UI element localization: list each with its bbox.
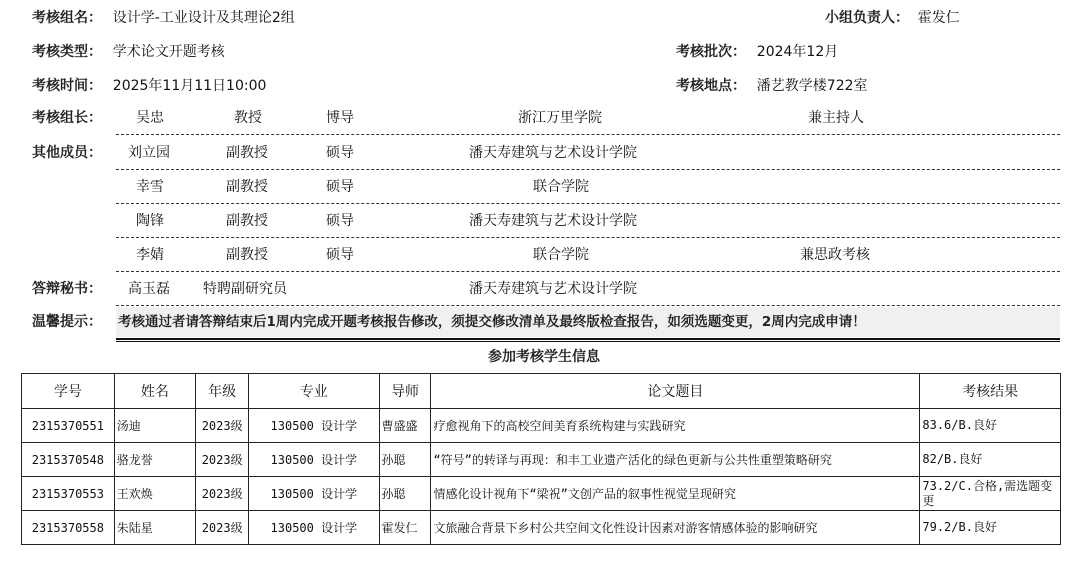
- col-header-result: 考核结果: [920, 374, 1061, 409]
- student-thesis: “符号”的转译与再现：和丰工业遗产活化的绿色更新与公共性重塑策略研究: [431, 443, 920, 477]
- chair-title: 教授: [234, 101, 262, 135]
- col-header-grade: 年级: [196, 374, 249, 409]
- chair-org: 浙江万里学院: [518, 101, 602, 135]
- student-result: 73.2/C.合格,需选题变更: [920, 477, 1061, 511]
- batch-row: 考核批次： 2024年12月: [676, 34, 838, 68]
- batch-label: 考核批次：: [676, 44, 746, 60]
- student-result: 83.6/B.良好: [920, 409, 1061, 443]
- student-name: 朱陆星: [114, 511, 195, 545]
- table-row: 2315370551 汤迪 2023级 130500 设计学 曹盛盛 疗愈视角下…: [22, 409, 1061, 443]
- member-org: 潘天寿建筑与艺术设计学院: [469, 136, 637, 170]
- col-header-advisor: 导师: [379, 374, 431, 409]
- type-value: 学术论文开题考核: [113, 44, 225, 60]
- student-grade: 2023级: [196, 409, 249, 443]
- student-grade: 2023级: [196, 511, 249, 545]
- student-name: 骆龙誉: [114, 443, 195, 477]
- student-advisor: 孙聪: [379, 477, 431, 511]
- member-org: 联合学院: [533, 170, 589, 204]
- students-table: 学号 姓名 年级 专业 导师 论文题目 考核结果 2315370551 汤迪 2…: [21, 373, 1061, 545]
- student-name: 汤迪: [114, 409, 195, 443]
- student-id: 2315370548: [22, 443, 115, 477]
- member-title: 副教授: [226, 204, 268, 238]
- member-title: 副教授: [226, 170, 268, 204]
- col-header-id: 学号: [22, 374, 115, 409]
- double-divider: [116, 338, 1060, 342]
- member-name: 李婧: [136, 238, 164, 272]
- student-name: 王欢焕: [114, 477, 195, 511]
- type-label: 考核类型：: [32, 44, 102, 60]
- time-value: 2025年11月11日10:00: [113, 78, 267, 94]
- member-supervisor: 硕导: [326, 136, 354, 170]
- leader-row: 小组负责人： 霍发仁: [825, 0, 960, 34]
- member-name: 幸雪: [136, 170, 164, 204]
- table-row: 2315370553 王欢焕 2023级 130500 设计学 孙聪 情感化设计…: [22, 477, 1061, 511]
- member-row: 刘立园 副教授 硕导 潘天寿建筑与艺术设计学院: [116, 136, 1060, 170]
- member-note: 兼思政考核: [800, 238, 870, 272]
- secretary-row: 高玉磊 特聘副研究员 潘天寿建筑与艺术设计学院: [116, 272, 1060, 306]
- group-name-value: 设计学-工业设计及其理论2组: [113, 10, 295, 26]
- member-org: 潘天寿建筑与艺术设计学院: [469, 204, 637, 238]
- member-row: 幸雪 副教授 硕导 联合学院: [116, 170, 1060, 204]
- table-row: 2315370548 骆龙誉 2023级 130500 设计学 孙聪 “符号”的…: [22, 443, 1061, 477]
- table-row: 2315370558 朱陆星 2023级 130500 设计学 霍发仁 文旅融合…: [22, 511, 1061, 545]
- student-grade: 2023级: [196, 443, 249, 477]
- member-name: 刘立园: [128, 136, 170, 170]
- leader-label: 小组负责人：: [825, 10, 909, 26]
- student-id: 2315370551: [22, 409, 115, 443]
- group-name-row: 考核组名： 设计学-工业设计及其理论2组: [32, 0, 295, 34]
- member-title: 副教授: [226, 238, 268, 272]
- tip-label: 温馨提示：: [32, 305, 102, 339]
- type-row: 考核类型： 学术论文开题考核: [32, 34, 225, 68]
- group-name-label: 考核组名：: [32, 10, 102, 26]
- chair-label: 考核组长：: [32, 101, 102, 135]
- col-header-thesis: 论文题目: [431, 374, 920, 409]
- member-supervisor: 硕导: [326, 170, 354, 204]
- location-label: 考核地点：: [676, 78, 746, 94]
- col-header-major: 专业: [249, 374, 379, 409]
- chair-note: 兼主持人: [808, 101, 864, 135]
- student-id: 2315370558: [22, 511, 115, 545]
- member-title: 副教授: [226, 136, 268, 170]
- location-row: 考核地点： 潘艺教学楼722室: [676, 68, 868, 102]
- chair-row: 吴忠 教授 博导 浙江万里学院 兼主持人: [116, 101, 1060, 135]
- secretary-name: 高玉磊: [128, 272, 170, 306]
- batch-value: 2024年12月: [757, 44, 838, 60]
- student-result: 79.2/B.良好: [920, 511, 1061, 545]
- location-value: 潘艺教学楼722室: [757, 78, 868, 94]
- student-major: 130500 设计学: [249, 477, 379, 511]
- student-id: 2315370553: [22, 477, 115, 511]
- member-supervisor: 硕导: [326, 238, 354, 272]
- student-major: 130500 设计学: [249, 511, 379, 545]
- chair-name: 吴忠: [136, 101, 164, 135]
- time-label: 考核时间：: [32, 78, 102, 94]
- member-name: 陶锋: [136, 204, 164, 238]
- leader-value: 霍发仁: [918, 10, 960, 26]
- member-row: 陶锋 副教授 硕导 潘天寿建筑与艺术设计学院: [116, 204, 1060, 238]
- member-row: 李婧 副教授 硕导 联合学院 兼思政考核: [116, 238, 1060, 272]
- student-major: 130500 设计学: [249, 443, 379, 477]
- student-result: 82/B.良好: [920, 443, 1061, 477]
- student-advisor: 霍发仁: [379, 511, 431, 545]
- col-header-name: 姓名: [114, 374, 195, 409]
- tip-text: 考核通过者请答辩结束后1周内完成开题考核报告修改，须提交修改清单及最终版检查报告…: [116, 307, 1060, 337]
- secretary-label: 答辩秘书：: [32, 272, 102, 306]
- student-major: 130500 设计学: [249, 409, 379, 443]
- student-grade: 2023级: [196, 477, 249, 511]
- secretary-org: 潘天寿建筑与艺术设计学院: [469, 272, 637, 306]
- member-supervisor: 硕导: [326, 204, 354, 238]
- student-thesis: 文旅融合背景下乡村公共空间文化性设计因素对游客情感体验的影响研究: [431, 511, 920, 545]
- student-advisor: 曹盛盛: [379, 409, 431, 443]
- time-row: 考核时间： 2025年11月11日10:00: [32, 68, 266, 102]
- table-header-row: 学号 姓名 年级 专业 导师 论文题目 考核结果: [22, 374, 1061, 409]
- members-label: 其他成员：: [32, 136, 102, 170]
- students-section-title: 参加考核学生信息: [0, 344, 1088, 370]
- chair-supervisor: 博导: [326, 101, 354, 135]
- student-advisor: 孙聪: [379, 443, 431, 477]
- member-org: 联合学院: [533, 238, 589, 272]
- secretary-title: 特聘副研究员: [203, 272, 287, 306]
- student-thesis: 情感化设计视角下“梁祝”文创产品的叙事性视觉呈现研究: [431, 477, 920, 511]
- student-thesis: 疗愈视角下的高校空间美育系统构建与实践研究: [431, 409, 920, 443]
